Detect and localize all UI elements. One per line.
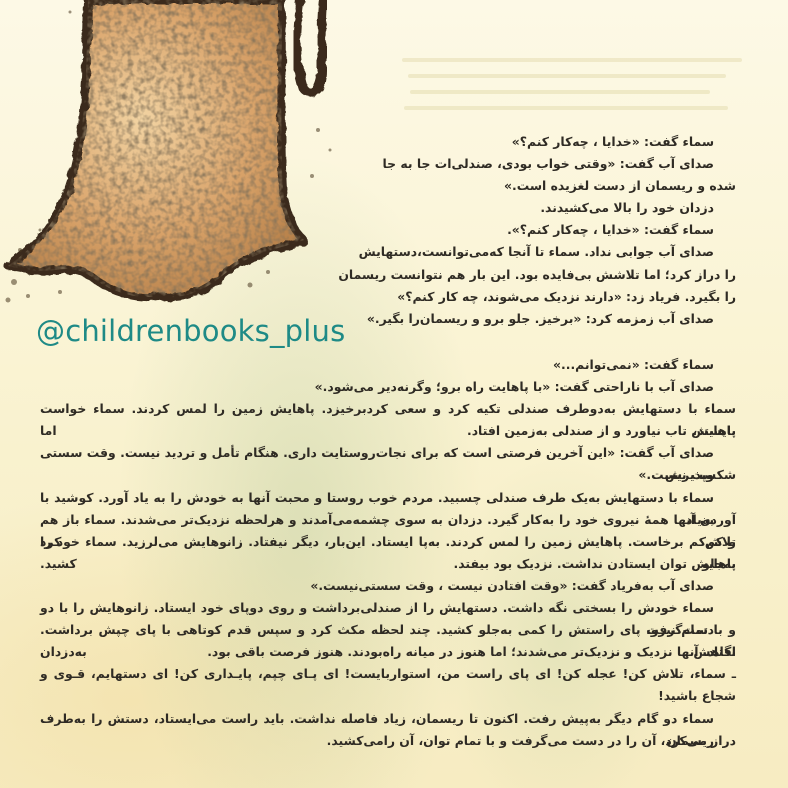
book-page: @childrenbooks_plus سماء گفت: «خدایا ، چ… (0, 0, 788, 788)
text-line: صدای آب به‌فریاد گفت: «وقت افتادن نیست ،… (40, 575, 736, 597)
text-line: سماء گفت: «خدایا ، چه‌کار کنم؟». (388, 219, 736, 241)
text-line: شجاع باشید! (40, 685, 736, 707)
text-line: دراز می‌کرد، آن را در دست می‌گرفت و با ت… (40, 730, 736, 752)
text-line: سماء با دستهایش به‌دوطرف صندلی تکیه کرد … (40, 398, 736, 420)
bell-illustration (0, 0, 340, 320)
text-line: شکست نیست.» (40, 464, 736, 486)
text-line: صدای آب گفت: «وقتی خواب بودی، صندلی‌ات ج… (388, 153, 736, 175)
story-text-upper: سماء گفت: «خدایا ، چه‌کار کنم؟»صدای آب گ… (388, 131, 736, 330)
bell-loop (297, 0, 324, 93)
text-line: و کم‌کم برخاست. پاهایش زمین را لمس کردند… (40, 531, 736, 553)
text-line: و با تمام نیرو، پای راستش را کمی به‌جلو … (40, 619, 736, 641)
text-line: شده و ریسمان از دست لغزیده است.» (388, 175, 736, 197)
text-line: صدای آب جوابی نداد. سماء تا آنجا که‌می‌ت… (388, 241, 736, 263)
text-line: سماء گفت: «خدایا ، چه‌کار کنم؟» (388, 131, 736, 153)
text-line: سماء گفت: «نمی‌توانم...» (40, 354, 736, 376)
text-line: دزدان خود را بالا می‌کشیدند. (388, 197, 736, 219)
text-line: سماء خودش را بسختی نگه داشت. دستهایش را … (40, 597, 736, 619)
text-line: آوردن آنها همهٔ نیروی خود را به‌کار گیرد… (40, 509, 736, 531)
story-text-lower: سماء گفت: «نمی‌توانم...»صدای آب با ناراح… (40, 354, 736, 752)
text-line: سماء دو گام دیگر به‌پیش رفت. اکنون تا ری… (40, 708, 736, 730)
watermark-handle: @childrenbooks_plus (36, 314, 345, 348)
text-line: را دراز کرد؛ اما تلاشش بی‌فایده بود. این… (388, 264, 736, 286)
text-line: سماء با دستهایش به‌یک طرف صندلی چسبید. م… (40, 487, 736, 509)
text-line: صدای آب با ناراحتی گفت: «با پاهایت راه ب… (40, 376, 736, 398)
text-line: صدای آب زمزمه کرد: «برخیز. جلو برو و ریس… (388, 308, 736, 330)
text-line: صدای آب گفت: «این آخرین فرصتی است که برا… (40, 442, 736, 464)
text-line: ـ سماء، تلاش کن! عجله کن! ای پای راست من… (40, 663, 736, 685)
text-line: را بگیرد. فریاد زد: «دارند نزدیک می‌شوند… (388, 286, 736, 308)
